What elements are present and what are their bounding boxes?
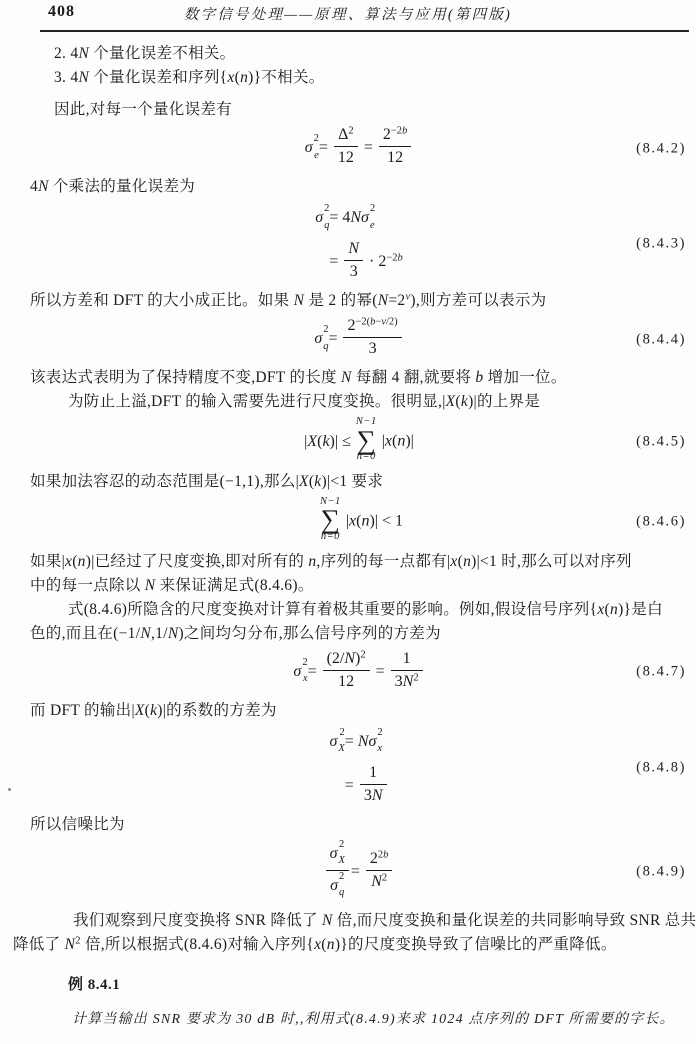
- book-page: 408 数字信号处理——原理、算法与应用(第四版) 2. 4N 个量化误差不相关…: [0, 0, 696, 1044]
- paragraph-variance-prop: 所以方差和 DFT 的大小成正比。如果 N 是 2 的幂(N=2v),则方差可以…: [30, 289, 688, 313]
- paragraph-dynamic-range: 如果加法容忍的动态范围是(−1,1),那么|X(k)|<1 要求: [30, 470, 688, 494]
- equation-8-4-3: σ2q = 4Nσ2e = N3 · 2−2b(8.4.3): [30, 204, 688, 284]
- list-item-2: 2. 4N 个量化误差不相关。: [54, 42, 688, 66]
- equation-8-4-9: σ2Xσ2q = 22bN2(8.4.9): [30, 842, 688, 903]
- equation-8-4-2: σ2e = Δ212 = 2−2b12(8.4.2): [30, 127, 688, 170]
- paragraph-overflow: 为防止上溢,DFT 的输入需要先进行尺度变换。很明显,|X(k)|的上界是: [30, 390, 688, 414]
- paragraph-implied-line2: 色的,而且在(−1/N,1/N)之间均匀分布,那么信号序列的方差为: [30, 622, 688, 646]
- equation-8-4-7: σ2x = (2/N)212 = 13N2(8.4.7): [30, 651, 688, 694]
- paragraph-4n-mult: 4N 个乘法的量化误差为: [30, 175, 688, 199]
- page-number: 408: [48, 3, 75, 21]
- book-title: 数字信号处理——原理、算法与应用(第四版): [0, 3, 696, 24]
- equation-8-4-6: N−1∑n=0|x(n)| < 1(8.4.6): [30, 499, 688, 545]
- paragraph-implied-line1: 式(8.4.6)所隐含的尺度变换对计算有着极其重要的影响。例如,假设信号序列{x…: [30, 598, 688, 622]
- paragraph-observe-line1: 我们观察到尺度变换将 SNR 降低了 N 倍,而尺度变换和量化误差的共同影响导致…: [13, 909, 688, 933]
- scan-speck: [8, 788, 11, 791]
- equation-8-4-5: |X(k)| ≤N−1∑n=0|x(n)|(8.4.5): [30, 419, 688, 465]
- paragraph-expression: 该表达式表明为了保持精度不变,DFT 的长度 N 每翻 4 翻,就要将 b 增加…: [30, 366, 688, 390]
- example-body: 计算当输出 SNR 要求为 30 dB 时,,利用式(8.4.9)来求 1024…: [72, 1009, 688, 1031]
- paragraph-snr: 所以信噪比为: [30, 813, 688, 837]
- page-content: 2. 4N 个量化误差不相关。 3. 4N 个量化误差和序列{x(n)}不相关。…: [0, 42, 696, 1031]
- list-item-3: 3. 4N 个量化误差和序列{x(n)}不相关。: [54, 66, 688, 90]
- paragraph-therefore: 因此,对每一个量化误差有: [54, 98, 688, 122]
- equation-8-4-4: σ2q = 2−2(b−v/2)3(8.4.4): [30, 318, 688, 361]
- paragraph-scaled-line1: 如果|x(n)|已经过了尺度变换,即对所有的 n,序列的每一点都有|x(n)|<…: [30, 550, 688, 574]
- header-rule: [40, 30, 689, 32]
- equation-8-4-8: σ2X = Nσ2x = 13N(8.4.8): [30, 728, 688, 808]
- page-header: 408 数字信号处理——原理、算法与应用(第四版): [0, 0, 696, 27]
- paragraph-dft-output: 而 DFT 的输出|X(k)|的系数的方差为: [30, 699, 688, 723]
- example-title: 例 8.4.1: [68, 974, 688, 996]
- paragraph-observe-line2: 降低了 N2 倍,所以根据式(8.4.6)对输入序列{x(n)}的尺度变换导致了…: [13, 933, 688, 957]
- paragraph-scaled-line2: 中的每一点除以 N 来保证满足式(8.4.6)。: [30, 574, 688, 598]
